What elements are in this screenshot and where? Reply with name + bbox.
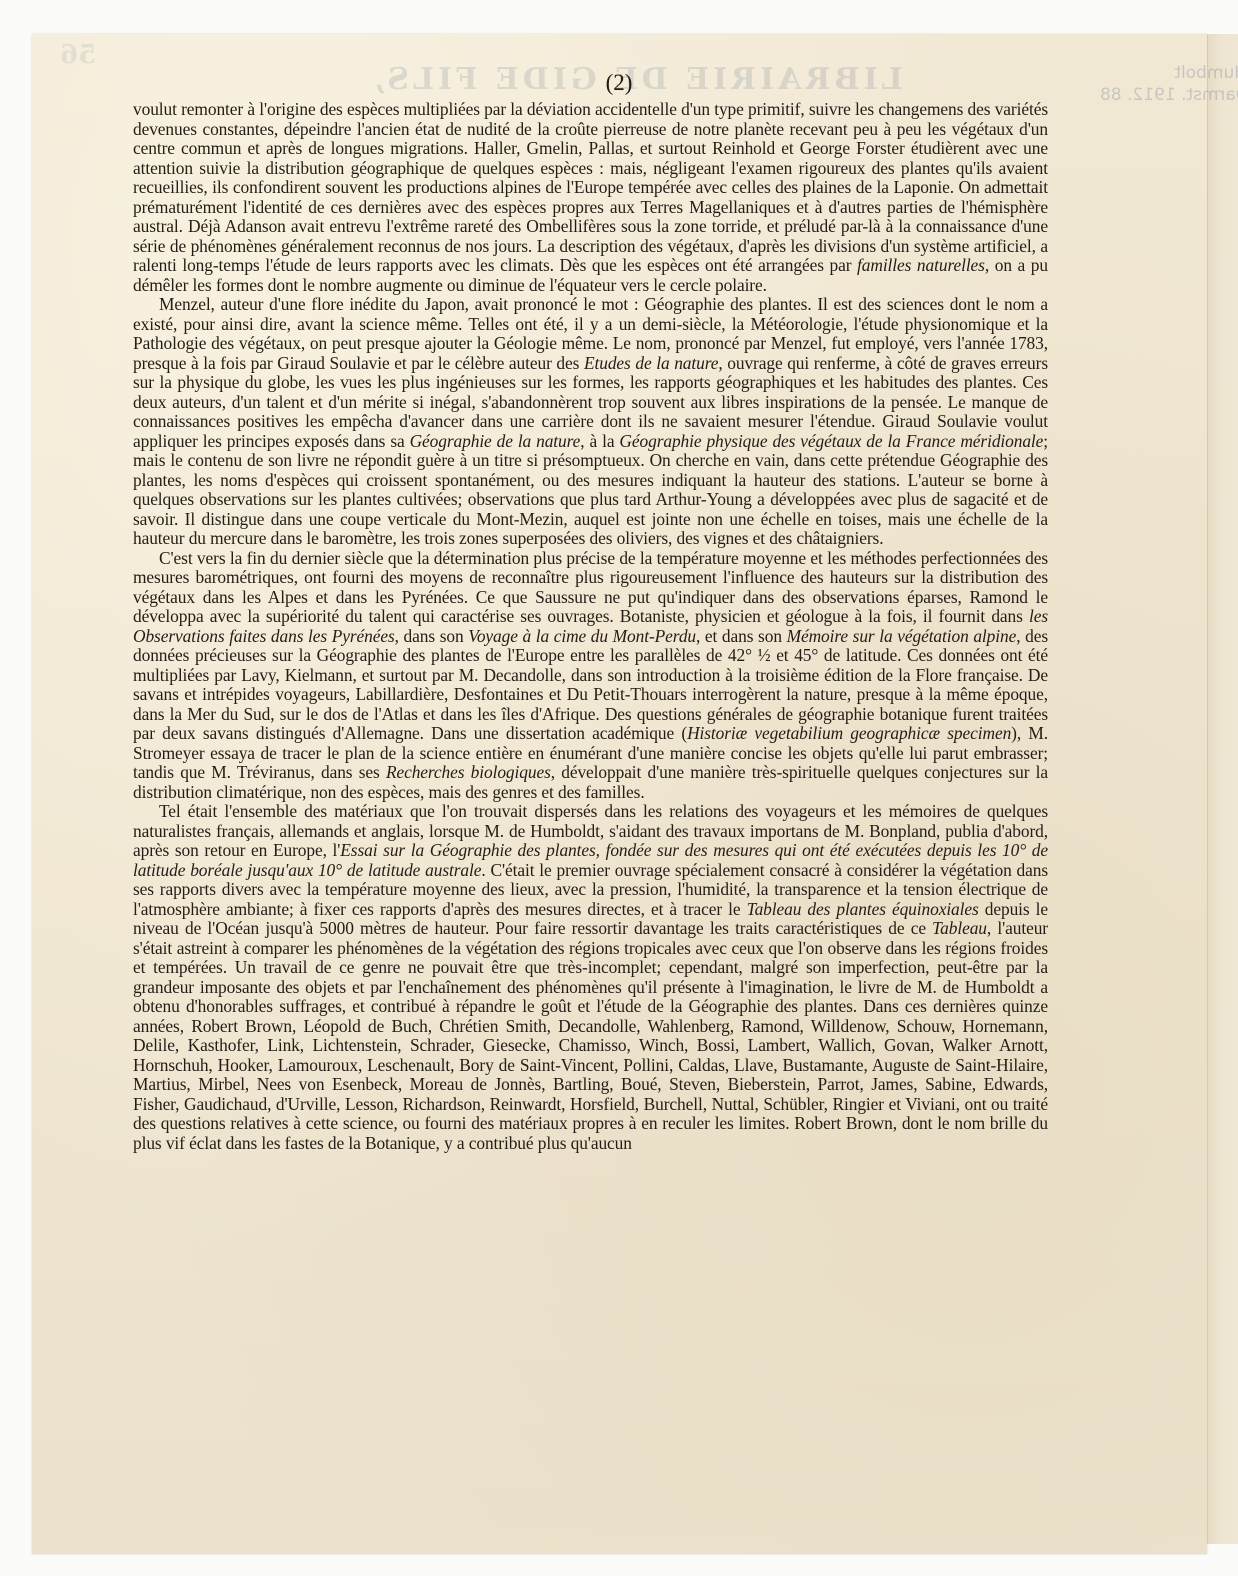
paragraph: C'est vers la fin du dernier siècle que … [133,549,1048,803]
text-run: C'est vers la fin du dernier siècle que … [133,548,1048,627]
text-run: , dans son [395,626,469,646]
paragraph: Menzel, auteur d'une flore inédite du Ja… [133,295,1048,549]
italic-title: Voyage à la cime du Mont-Perdu [468,626,696,646]
italic-title: Tableau des plantes équinoxiales [747,899,979,919]
italic-title: familles naturelles [857,255,985,275]
italic-title: Recherches biologiques [386,762,551,782]
italic-title: Historiæ vegetabilium geographicæ specim… [687,723,1011,743]
italic-title: Mémoire sur la végétation alpine [787,626,1017,646]
italic-title: Tableau [932,918,987,938]
italic-title: Etudes de la nature [584,353,718,373]
italic-title: Géographie de la nature [410,431,581,451]
text-run: voulut remonter à l'origine des espèces … [133,99,1048,275]
text-run: , l'auteur s'était astreint à comparer l… [133,918,1048,1153]
italic-title: Géographie physique des végétaux de la F… [619,431,1043,451]
text-run: , et dans son [696,626,787,646]
adjacent-page-edge [1207,34,1238,1544]
text-run: , à la [580,431,619,451]
body-text: voulut remonter à l'origine des espèces … [133,100,1048,1153]
paragraph: voulut remonter à l'origine des espèces … [133,100,1048,295]
page-number: (2) [0,70,1238,96]
paragraph: Tel était l'ensemble des matériaux que l… [133,802,1048,1153]
